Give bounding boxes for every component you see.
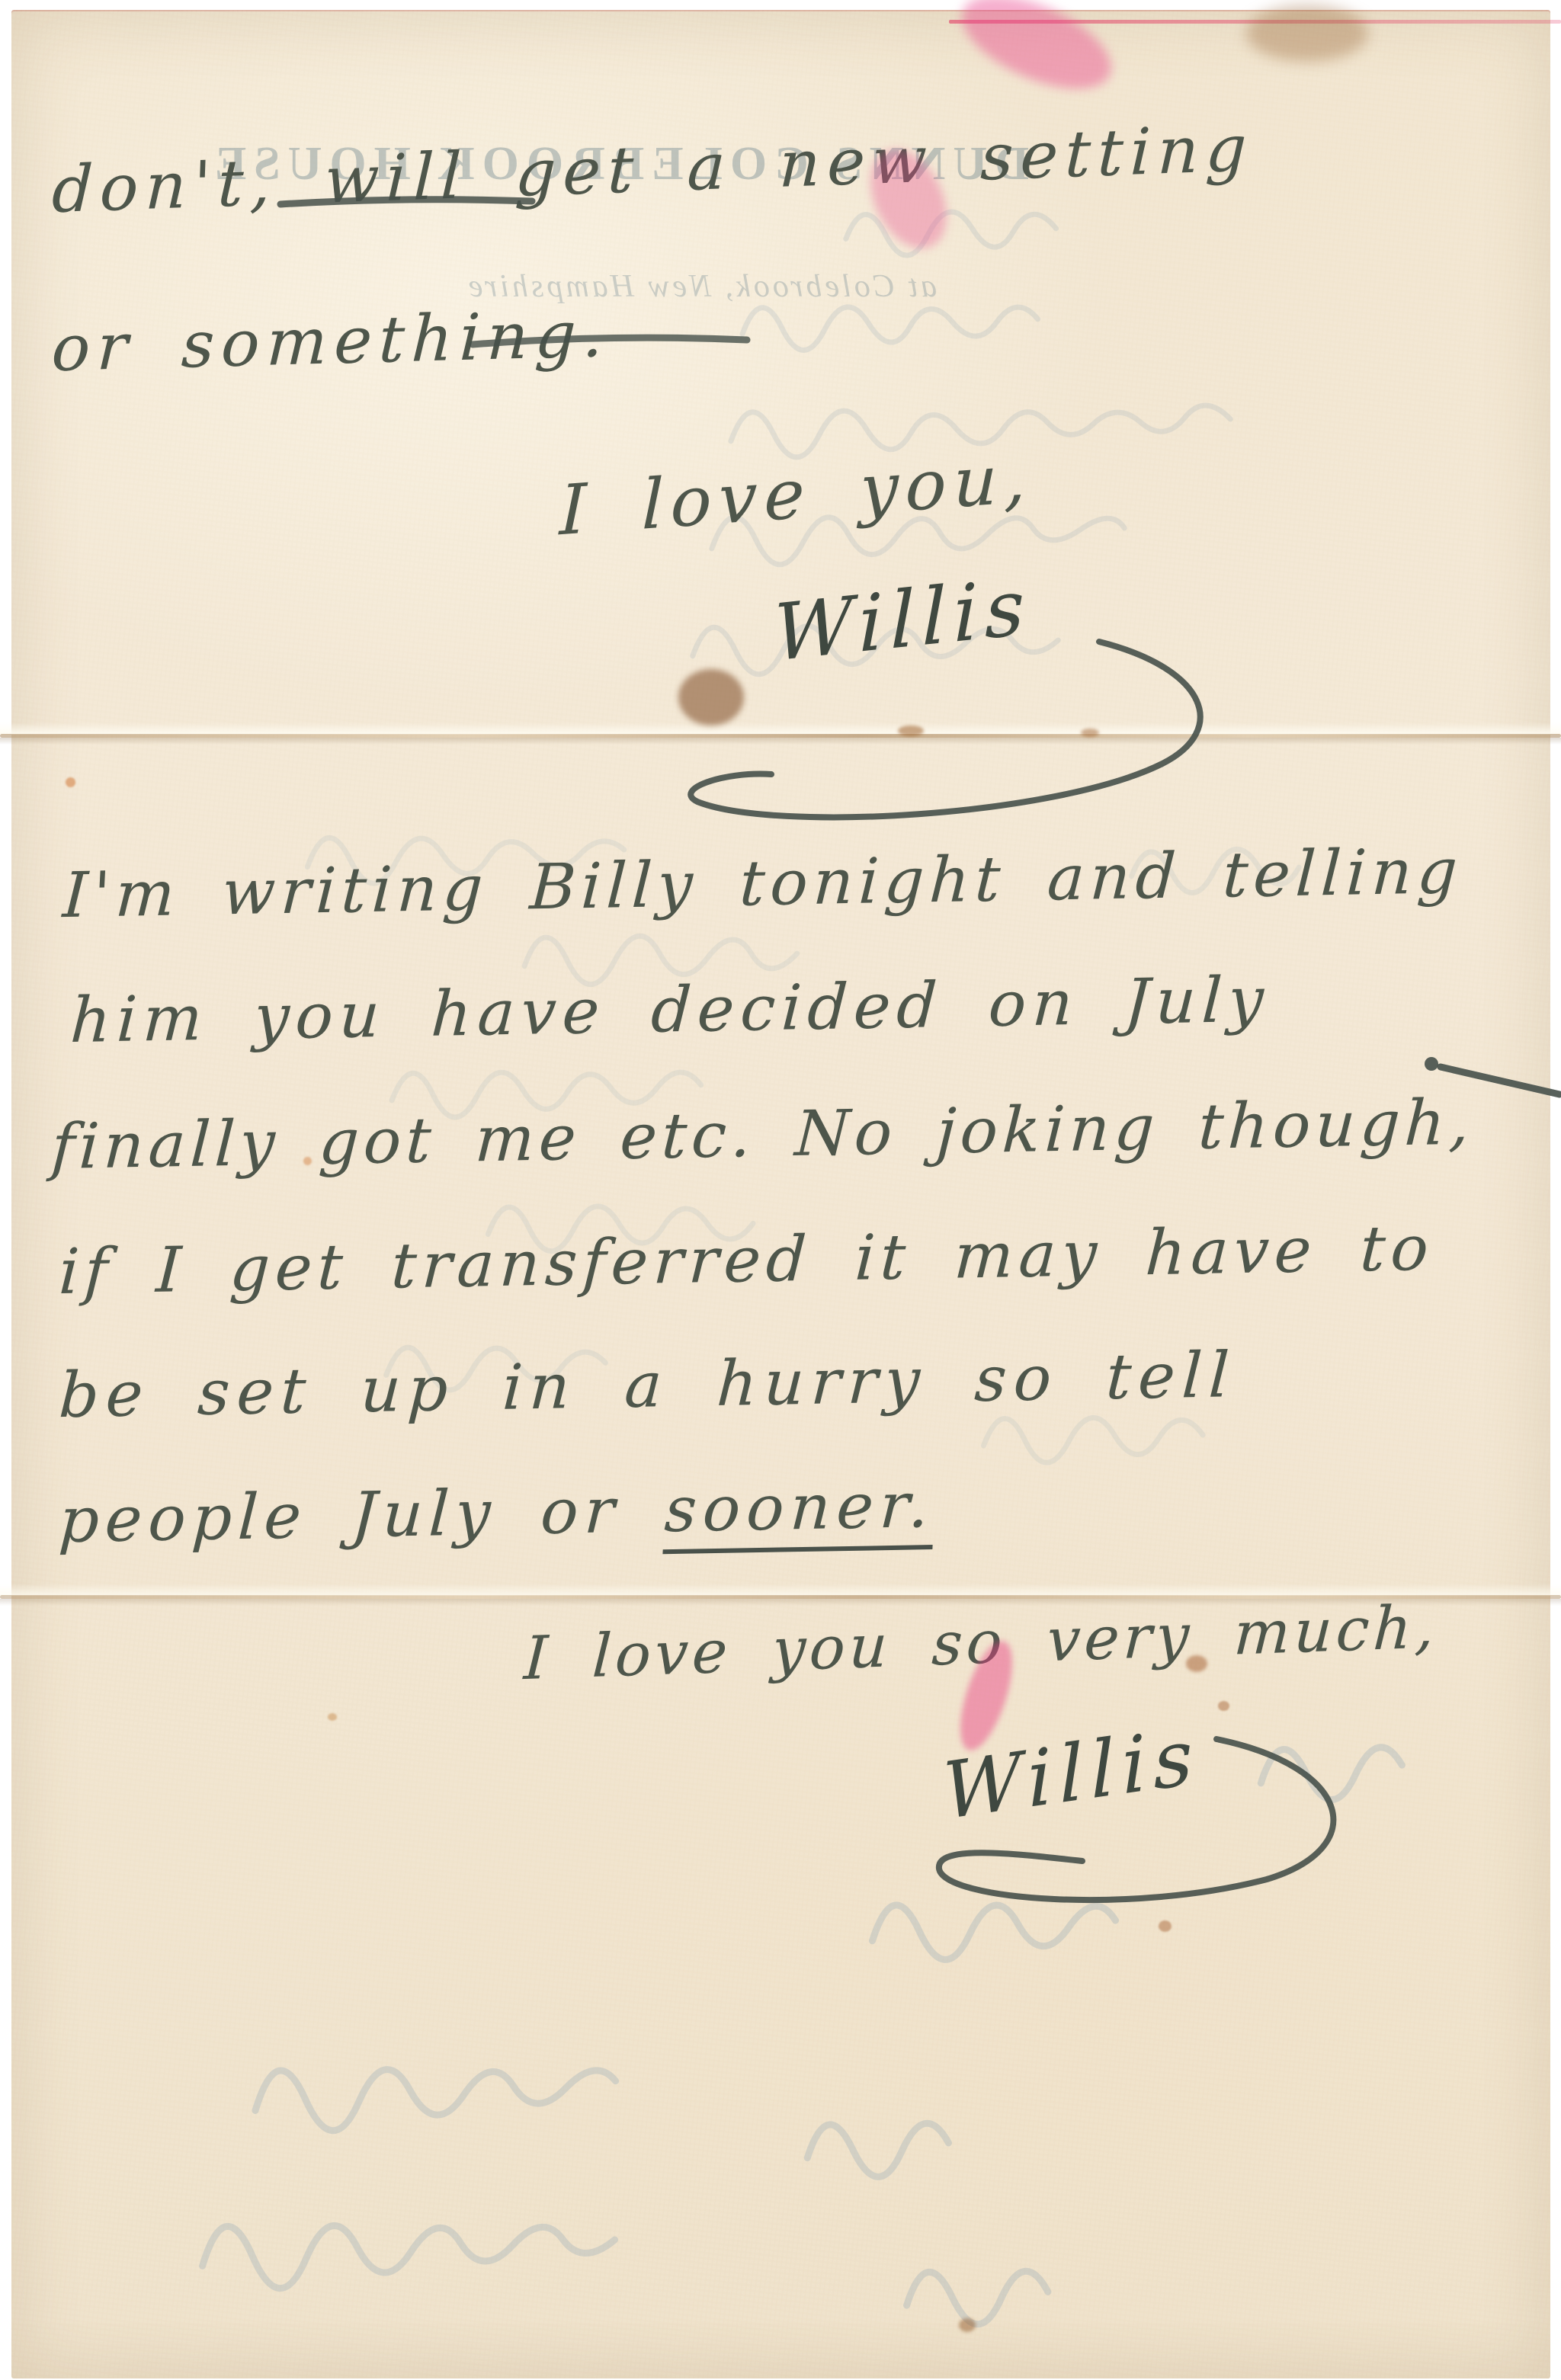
letter-scan: DUNNS COLEBROOK HOUSE at Colebrook, New … (0, 0, 1561, 2380)
brown-ink-blot-signature (678, 669, 744, 726)
rust-stain-right (1218, 1701, 1229, 1711)
brown-speck-fold (1081, 729, 1099, 737)
orange-speck (303, 1157, 312, 1165)
brown-speck-fold (898, 726, 924, 736)
brown-dot-bottom (959, 2318, 976, 2332)
ink-flourish-strokes (0, 0, 1561, 2380)
rust-stain-right (1159, 1920, 1172, 1932)
orange-speck (66, 777, 75, 787)
orange-speck (328, 1713, 337, 1721)
rust-stain-right (1186, 1655, 1207, 1672)
brown-stain-top-right (1246, 5, 1368, 62)
